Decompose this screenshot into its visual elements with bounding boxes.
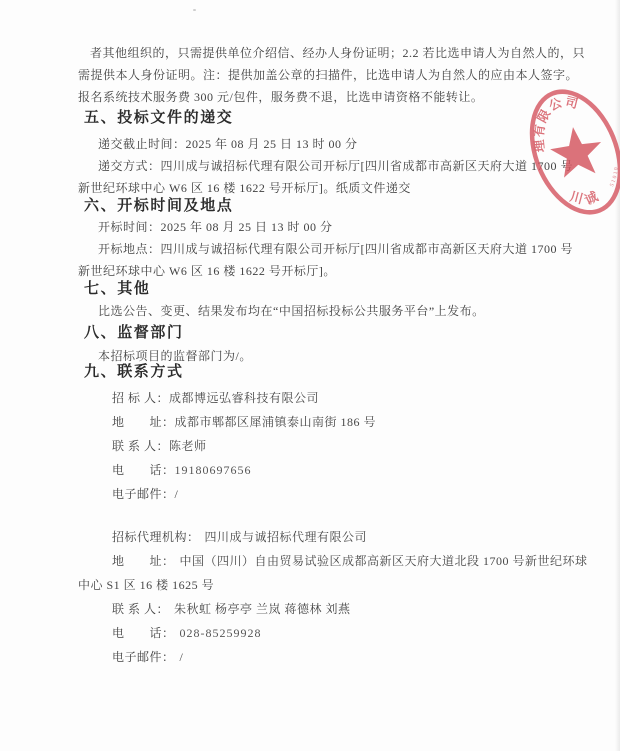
company-seal: 理有限公司 川诚 51010 [508, 84, 620, 224]
document-page: 者其他组织的，只需提供单位介绍信、经办人身份证明；2.2 若比选申请人为自然人的… [0, 0, 620, 751]
tenderer-address: 成都市郫都区犀浦镇泰山南街 186 号 [175, 415, 377, 429]
tenderer-email: / [175, 487, 179, 501]
section7-heading: 七、其他 [84, 281, 150, 297]
tenderer-phone-row: 电 话：19180697656 [112, 462, 252, 478]
agency-phone-row: 电 话：028-85259928 [112, 625, 262, 641]
contact-label: 联 系 人： [112, 602, 169, 616]
section6-heading: 六、开标时间及地点 [84, 198, 233, 214]
agency-address-line2: 中心 S1 区 16 楼 1625 号 [78, 578, 214, 592]
scan-speck [193, 9, 196, 11]
email-label: 电子邮件： [112, 487, 175, 501]
tenderer-label: 招 标 人： [112, 391, 169, 405]
intro-line-3: 报名系统技术服务费 300 元/包件，服务费不退，比选申请资格不能转让。 [78, 89, 483, 105]
agency-phone: 028-85259928 [180, 626, 262, 640]
phone-label: 电 话： [112, 463, 175, 477]
section5-line-3: 新世纪环球中心 W6 区 16 楼 1622 号开标厅]。纸质文件递交 [78, 180, 411, 196]
agency-row: 招标代理机构：四川成与诚招标代理有限公司 [112, 529, 367, 545]
intro-line-1: 者其他组织的，只需提供单位介绍信、经办人身份证明；2.2 若比选申请人为自然人的… [90, 45, 585, 61]
section8-line-1: 本招标项目的监督部门为/。 [98, 348, 252, 364]
agency-address-row: 地 址：中国（四川）自由贸易试验区成都高新区天府大道北段 1700 号新世纪环球 [112, 553, 588, 569]
section9-heading: 九、联系方式 [84, 364, 184, 380]
tenderer-address-row: 地 址：成都市郫都区犀浦镇泰山南街 186 号 [112, 414, 376, 430]
tenderer-contact-row: 联 系 人：陈老师 [112, 438, 207, 454]
address-label: 地 址： [112, 554, 175, 568]
section8-heading: 八、监督部门 [84, 325, 184, 341]
tenderer-contact: 陈老师 [169, 439, 207, 453]
intro-line-2: 需提供本人身份证明。注：提供加盖公章的扫描件，比选申请人为自然人的应由本人签字。 [78, 67, 578, 83]
agency-contacts: 朱秋虹 杨亭亭 兰岚 蒋德林 刘燕 [174, 602, 351, 616]
tenderer-name: 成都博远弘睿科技有限公司 [169, 391, 319, 405]
tenderer-row: 招 标 人：成都博远弘睿科技有限公司 [112, 390, 319, 406]
contact-label: 联 系 人： [112, 439, 169, 453]
agency-contact-row: 联 系 人：朱秋虹 杨亭亭 兰岚 蒋德林 刘燕 [112, 601, 351, 617]
phone-label: 电 话： [112, 626, 175, 640]
section7-line-1: 比选公告、变更、结果发布均在“中国招标投标公共服务平台”上发布。 [98, 303, 485, 319]
section5-line-2: 递交方式：四川成与诚招标代理有限公司开标厅[四川省成都市高新区天府大道 1700… [98, 158, 573, 174]
tenderer-phone: 19180697656 [175, 463, 252, 477]
agency-address-line1: 中国（四川）自由贸易试验区成都高新区天府大道北段 1700 号新世纪环球 [180, 554, 588, 568]
agency-label: 招标代理机构： [112, 530, 200, 544]
seal-star-icon [548, 124, 606, 179]
email-label: 电子邮件： [112, 650, 175, 664]
section6-line-3: 新世纪环球中心 W6 区 16 楼 1622 号开标厅]。 [78, 263, 336, 279]
section6-line-1: 开标时间：2025 年 08 月 25 日 13 时 00 分 [98, 219, 333, 235]
agency-email-row: 电子邮件：/ [112, 649, 183, 665]
agency-name: 四川成与诚招标代理有限公司 [205, 530, 368, 544]
address-label: 地 址： [112, 415, 175, 429]
section5-line-1: 递交截止时间：2025 年 08 月 25 日 13 时 00 分 [98, 136, 358, 152]
tenderer-email-row: 电子邮件：/ [112, 486, 178, 502]
section6-line-2: 开标地点：四川成与诚招标代理有限公司开标厅[四川省成都市高新区天府大道 1700… [98, 241, 573, 257]
agency-email: / [180, 650, 184, 664]
section5-heading: 五、投标文件的递交 [84, 110, 233, 126]
agency-address-cont-row: 中心 S1 区 16 楼 1625 号 [78, 577, 214, 593]
